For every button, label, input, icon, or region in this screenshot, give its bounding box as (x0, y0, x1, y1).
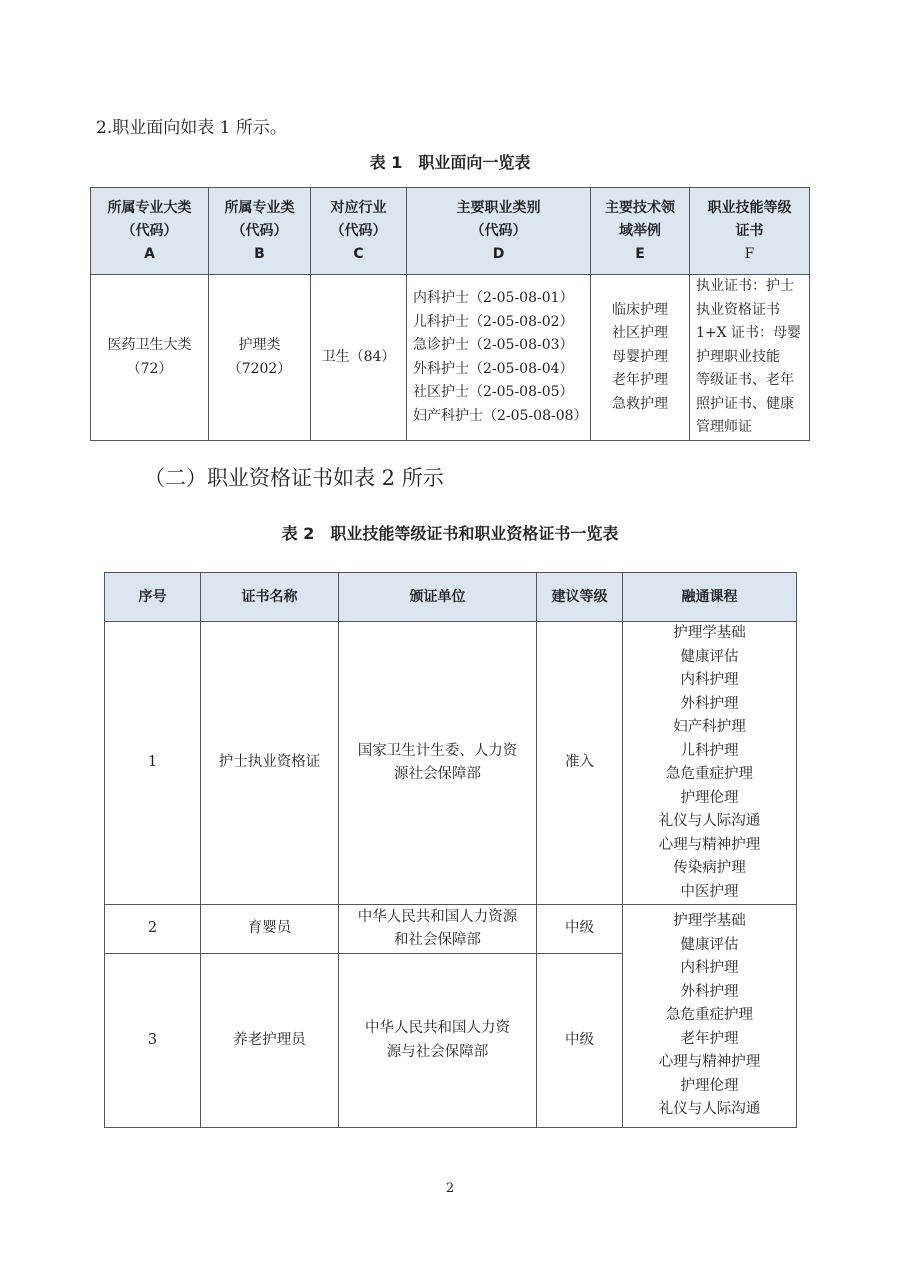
certificate-table: 序号 证书名称 颁证单位 建议等级 融通课程 1 护士执业资格证 国家卫生计生委… (104, 572, 797, 1128)
header-d: 主要职业类别（代码）D (407, 188, 591, 275)
cell-cert-name: 护士执业资格证 (201, 622, 339, 905)
cell-tech-fields: 临床护理社区护理母婴护理老年护理急救护理 (591, 275, 690, 441)
page-number: 2 (0, 1181, 900, 1196)
cell-level: 准入 (537, 622, 623, 905)
cell-issuer: 国家卫生计生委、人力资源社会保障部 (339, 622, 537, 905)
cell-cert-name: 育婴员 (201, 905, 339, 954)
cell-shared-courses: 护理学基础健康评估内科护理外科护理急危重症护理老年护理心理与精神护理护理伦理礼仪… (623, 905, 797, 1128)
occupation-table: 所属专业大类（代码）A 所属专业类（代码）B 对应行业（代码）C 主要职业类别（… (90, 187, 810, 441)
header-issuer: 颁证单位 (339, 573, 537, 622)
header-a: 所属专业大类（代码）A (91, 188, 209, 275)
cell-major-class: 护理类（7202） (209, 275, 311, 441)
header-c: 对应行业（代码）C (311, 188, 407, 275)
cell-cert-name: 养老护理员 (201, 954, 339, 1128)
table2-row: 2 育婴员 中华人民共和国人力资源和社会保障部 中级 护理学基础健康评估内科护理… (105, 905, 797, 954)
cell-level: 中级 (537, 905, 623, 954)
cell-issuer: 中华人民共和国人力资源与社会保障部 (339, 954, 537, 1128)
cell-no: 1 (105, 622, 201, 905)
cell-courses: 护理学基础健康评估内科护理外科护理妇产科护理儿科护理急危重症护理护理伦理礼仪与人… (623, 622, 797, 905)
header-cert-name: 证书名称 (201, 573, 339, 622)
intro-paragraph: 2.职业面向如表 1 所示。 (96, 113, 287, 138)
header-f: 职业技能等级证书F (690, 188, 810, 275)
cell-major-category: 医药卫生大类（72） (91, 275, 209, 441)
cell-issuer: 中华人民共和国人力资源和社会保障部 (339, 905, 537, 954)
cell-level: 中级 (537, 954, 623, 1128)
table1-row: 医药卫生大类（72） 护理类（7202） 卫生（84） 内科护士（2-05-08… (91, 275, 810, 441)
cell-certificates: 执业证书：护士执业资格证书1+X 证书：母婴护理职业技能等级证书、老年照护证书、… (690, 275, 810, 441)
section-heading: （二）职业资格证书如表 2 所示 (144, 462, 444, 492)
table1-caption: 表 1 职业面向一览表 (0, 150, 900, 173)
table2-row: 1 护士执业资格证 国家卫生计生委、人力资源社会保障部 准入 护理学基础健康评估… (105, 622, 797, 905)
table1-header-row: 所属专业大类（代码）A 所属专业类（代码）B 对应行业（代码）C 主要职业类别（… (91, 188, 810, 275)
table2-caption: 表 2 职业技能等级证书和职业资格证书一览表 (0, 521, 900, 544)
header-no: 序号 (105, 573, 201, 622)
header-b: 所属专业类（代码）B (209, 188, 311, 275)
cell-occupation-types: 内科护士（2-05-08-01）儿科护士（2-05-08-02）急诊护士（2-0… (407, 275, 591, 441)
header-level: 建议等级 (537, 573, 623, 622)
header-e: 主要技术领域举例E (591, 188, 690, 275)
cell-no: 2 (105, 905, 201, 954)
table2-header-row: 序号 证书名称 颁证单位 建议等级 融通课程 (105, 573, 797, 622)
header-courses: 融通课程 (623, 573, 797, 622)
cell-no: 3 (105, 954, 201, 1128)
cell-industry: 卫生（84） (311, 275, 407, 441)
